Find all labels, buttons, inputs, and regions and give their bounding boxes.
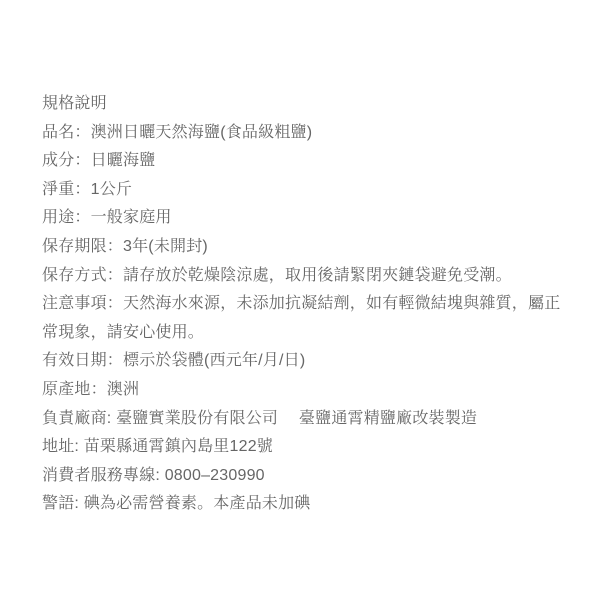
spec-expiry-date: 有效日期：標示於袋體(西元年/月/日) — [42, 347, 562, 376]
product-spec-section: 規格說明 品名：澳洲日曬天然海鹽(食品級粗鹽) 成分：日曬海鹽 淨重：1公斤 用… — [42, 90, 562, 519]
spec-usage: 用途：一般家庭用 — [42, 204, 562, 233]
spec-notice-line-1: 注意事項：天然海水來源，未添加抗凝結劑，如有輕微結塊與雜質，屬正 — [42, 290, 562, 319]
spec-address: 地址: 苗栗縣通霄鎮內島里122號 — [42, 433, 562, 462]
spec-section-title: 規格說明 — [42, 90, 562, 119]
spec-notice-line-2: 常現象，請安心使用。 — [42, 319, 562, 348]
spec-ingredients: 成分：日曬海鹽 — [42, 147, 562, 176]
spec-warning: 警語: 碘為必需營養素。本產品未加碘 — [42, 490, 562, 519]
spec-service-hotline: 消費者服務專線: 0800–230990 — [42, 462, 562, 491]
spec-storage-method: 保存方式：請存放於乾燥陰涼處，取用後請緊閉夾鏈袋避免受潮。 — [42, 262, 562, 291]
spec-shelf-life: 保存期限：3年(未開封) — [42, 233, 562, 262]
spec-origin: 原產地：澳洲 — [42, 376, 562, 405]
spec-manufacturer: 負責廠商: 臺鹽實業股份有限公司 臺鹽通霄精鹽廠改裝製造 — [42, 405, 562, 434]
spec-net-weight: 淨重：1公斤 — [42, 176, 562, 205]
spec-product-name: 品名：澳洲日曬天然海鹽(食品級粗鹽) — [42, 119, 562, 148]
